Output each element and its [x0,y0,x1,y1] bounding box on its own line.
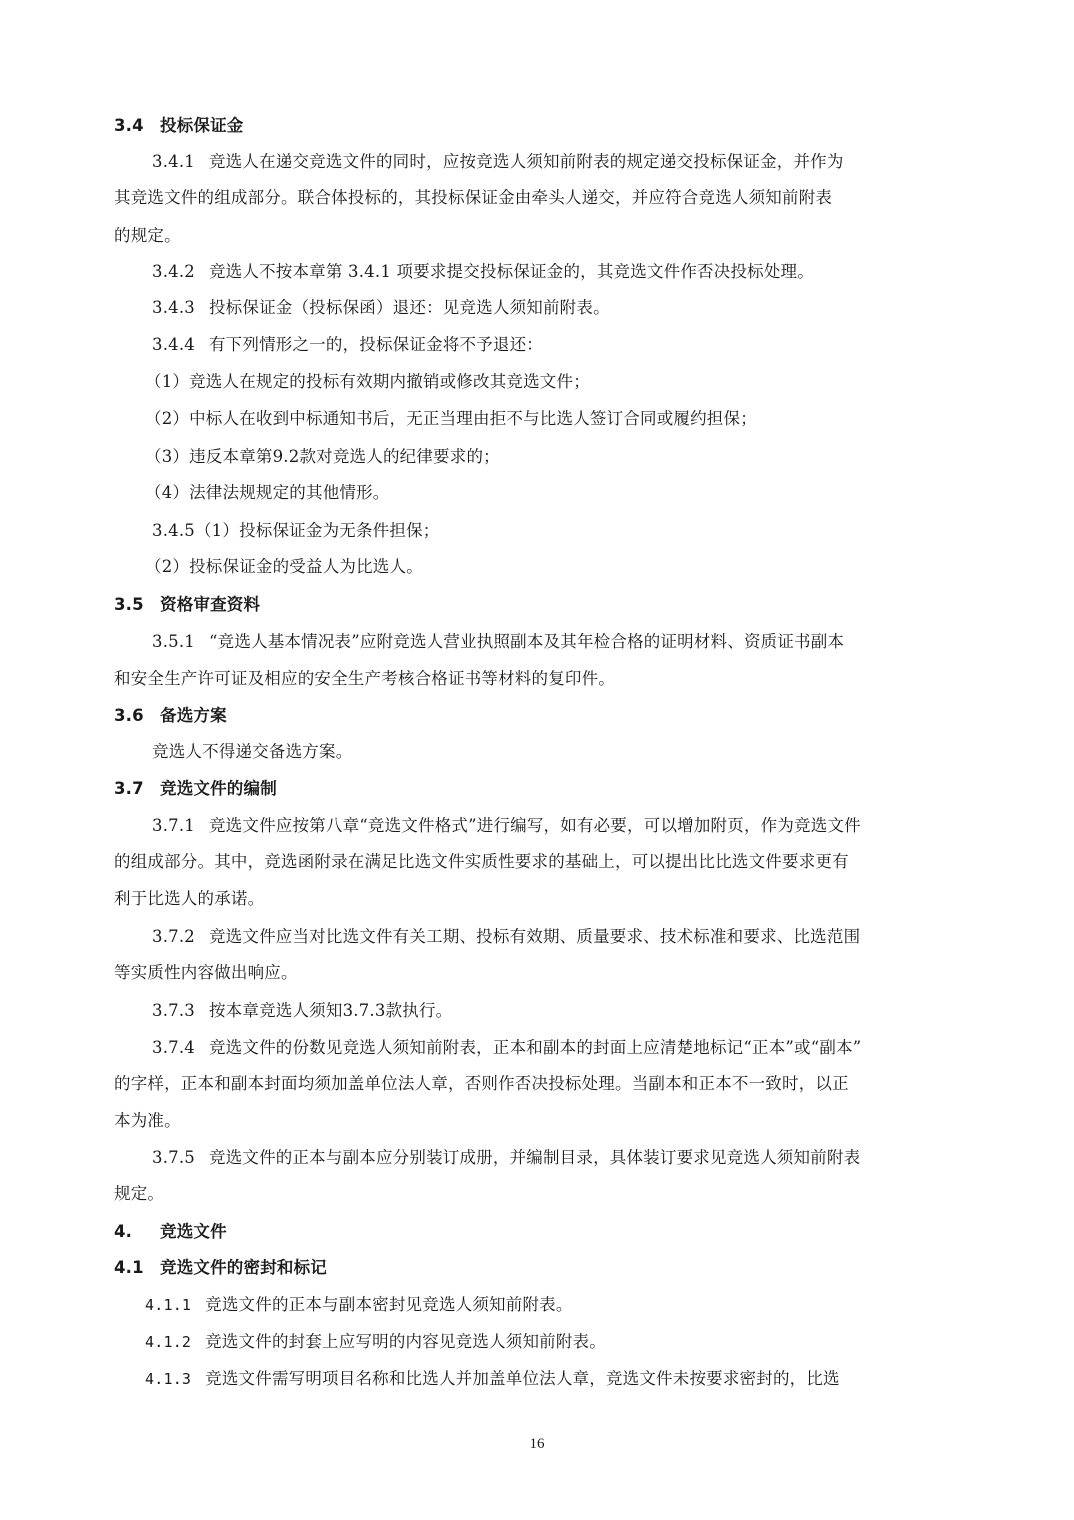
clause-3-4-2: 3.4.2竞选人不按本章第 3.4.1 项要求提交投标保证金的，其竞选文件作否决… [152,261,982,283]
clause-4-1-1: 4.1.1竞选文件的正本与副本密封见竞选人须知前附表。 [145,1294,975,1316]
paragraph-3-6: 竞选人不得递交备选方案。 [152,741,982,763]
section-heading-3-5: 3.5资格审查资料 [114,594,944,616]
section-heading-3-6: 3.6备选方案 [114,705,944,727]
clause-3-4-1: 3.4.1竞选人在递交竞选文件的同时，应按竞选人须知前附表的规定递交投标保证金，… [152,151,982,173]
clause-3-7-2-cont: 等实质性内容做出响应。 [114,962,944,984]
clause-3-7-4-cont2: 本为准。 [114,1110,944,1132]
clause-3-7-1-cont2: 利于比选人的承诺。 [114,888,944,910]
list-item: （3）违反本章第9.2款对竞选人的纪律要求的； [145,446,975,468]
clause-3-5-1: 3.5.1“竞选人基本情况表”应附竞选人营业执照副本及其年检合格的证明材料、资质… [152,631,982,653]
clause-4-1-2: 4.1.2竞选文件的封套上应写明的内容见竞选人须知前附表。 [145,1331,975,1353]
page-number: 16 [0,1436,1074,1453]
clause-3-7-2: 3.7.2竞选文件应当对比选文件有关工期、投标有效期、质量要求、技术标准和要求、… [152,926,982,948]
clause-3-4-5: 3.4.5（1）投标保证金为无条件担保； [152,520,982,542]
clause-3-4-3: 3.4.3投标保证金（投标保函）退还：见竞选人须知前附表。 [152,297,982,319]
clause-4-1-3: 4.1.3竞选文件需写明项目名称和比选人并加盖单位法人章，竞选文件未按要求密封的… [145,1368,975,1390]
clause-3-7-5: 3.7.5竞选文件的正本与副本应分别装订成册，并编制目录，具体装订要求见竞选人须… [152,1147,982,1169]
list-item: （1）竞选人在规定的投标有效期内撤销或修改其竞选文件； [145,371,975,393]
clause-3-5-1-cont: 和安全生产许可证及相应的安全生产考核合格证书等材料的复印件。 [114,668,944,690]
section-heading-4: 4.竞选文件 [114,1221,944,1243]
clause-3-7-1: 3.7.1竞选文件应按第八章“竞选文件格式”进行编写，如有必要，可以增加附页，作… [152,815,982,837]
clause-3-4-1-cont2: 的规定。 [114,225,944,247]
list-item: （2）中标人在收到中标通知书后，无正当理由拒不与比选人签订合同或履约担保； [145,408,975,430]
clause-3-7-1-cont: 的组成部分。其中，竞选函附录在满足比选文件实质性要求的基础上，可以提出比比选文件… [114,851,944,873]
clause-3-7-4-cont: 的字样，正本和副本封面均须加盖单位法人章，否则作否决投标处理。当副本和正本不一致… [114,1073,944,1095]
clause-3-7-3: 3.7.3按本章竞选人须知3.7.3款执行。 [152,1000,982,1022]
list-item: （2）投标保证金的受益人为比选人。 [145,556,975,578]
section-heading-4-1: 4.1竞选文件的密封和标记 [114,1257,944,1279]
section-heading-3-7: 3.7竞选文件的编制 [114,778,944,800]
clause-3-7-4: 3.7.4竞选文件的份数见竞选人须知前附表，正本和副本的封面上应清楚地标记“正本… [152,1037,982,1059]
clause-3-7-5-cont: 规定。 [114,1183,944,1205]
list-item: （4）法律法规规定的其他情形。 [145,482,975,504]
section-heading-3-4: 3.4投标保证金 [114,115,944,137]
clause-3-4-4: 3.4.4有下列情形之一的，投标保证金将不予退还： [152,334,982,356]
clause-3-4-1-cont: 其竞选文件的组成部分。联合体投标的，其投标保证金由牵头人递交，并应符合竞选人须知… [114,187,944,209]
